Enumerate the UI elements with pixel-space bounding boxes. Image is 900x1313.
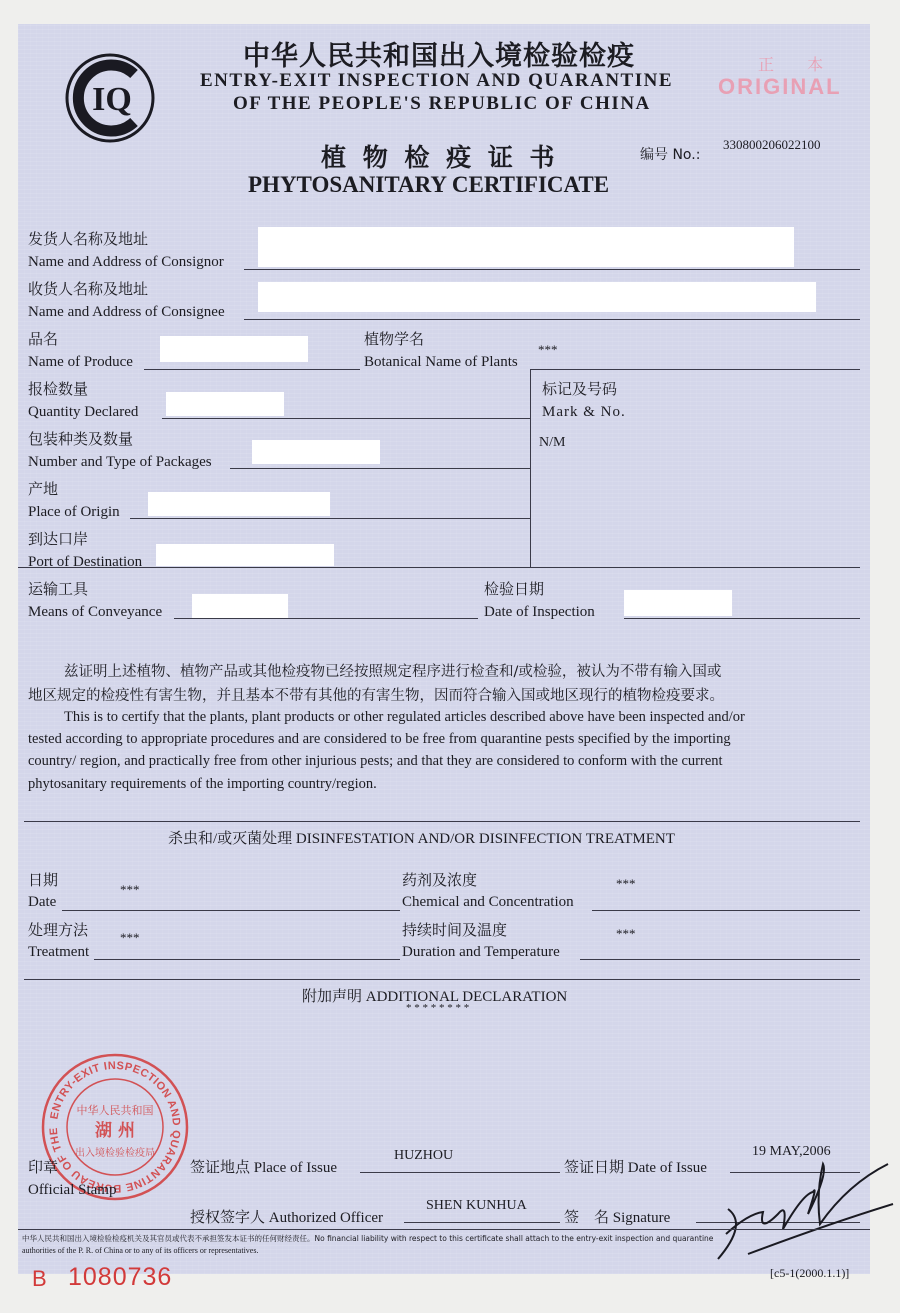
mark-label-zh: 标记及号码 — [542, 378, 617, 399]
serial-prefix: B — [32, 1266, 47, 1292]
ciq-logo-icon: IQ — [64, 52, 156, 144]
additional-top-line — [24, 979, 860, 980]
quantity-line — [162, 418, 530, 419]
mark-box-divider — [530, 369, 531, 567]
produce-label-en: Name of Produce — [28, 354, 133, 371]
treatment-heading: 杀虫和/或灭菌处理 DISINFESTATION AND/OR DISINFEC… — [168, 827, 675, 848]
authority-zh: 中华人民共和国出入境检验检疫 — [243, 34, 635, 73]
treatment-date-line — [62, 910, 400, 911]
botanical-label-zh: 植物学名 — [364, 328, 424, 349]
signature-scribble-icon — [708, 1154, 898, 1264]
handwritten-signature — [708, 1154, 898, 1264]
consignor-line — [244, 269, 860, 270]
destination-value-redacted — [156, 544, 334, 566]
authority-en-line1: ENTRY-EXIT INSPECTION AND QUARANTINE — [200, 70, 673, 92]
mark-box-top-line — [530, 369, 860, 370]
botanical-label-en: Botanical Name of Plants — [364, 354, 518, 371]
quantity-value-redacted — [166, 392, 284, 416]
svg-text:IQ: IQ — [92, 81, 132, 118]
ciq-logo: IQ — [64, 52, 156, 144]
mark-value: N/M — [539, 435, 565, 451]
treatment-date-label-en: Date — [28, 894, 56, 911]
certification-zh-line2: 地区规定的检疫性有害生物，并且基本不带有其他的有害生物，因而符合输入国或地区现行… — [28, 684, 724, 705]
quantity-label-en: Quantity Declared — [28, 404, 138, 421]
inspection-date-line — [624, 618, 860, 619]
origin-line — [130, 518, 530, 519]
footer-line — [18, 1229, 870, 1230]
origin-value-redacted — [148, 492, 330, 516]
title-en: PHYTOSANITARY CERTIFICATE — [248, 172, 609, 198]
authorized-officer-line — [404, 1222, 560, 1223]
origin-label-en: Place of Origin — [28, 504, 120, 521]
treatment-date-value: *** — [120, 882, 140, 898]
consignee-label-en: Name and Address of Consignee — [28, 304, 225, 321]
treatment-method-label-en: Treatment — [28, 944, 89, 961]
packages-value-redacted — [252, 440, 380, 464]
destination-label-zh: 到达口岸 — [28, 528, 88, 549]
duration-label-en: Duration and Temperature — [402, 944, 560, 961]
certification-en-line2: tested according to appropriate procedur… — [28, 731, 731, 748]
packages-label-zh: 包装种类及数量 — [28, 428, 133, 449]
original-stamp-zh: 正 本 — [758, 52, 837, 75]
seal-icon: ENTRY-EXIT INSPECTION AND QUARANTINE BUR… — [40, 1052, 190, 1202]
svg-text:湖 州: 湖 州 — [95, 1120, 135, 1141]
disclaimer-line1: 中华人民共和国出入境检验检疫机关及其官员或代表不承担签发本证书的任何财经责任。N… — [22, 1233, 713, 1244]
conveyance-label-zh: 运输工具 — [28, 578, 88, 599]
consignor-value-redacted — [258, 227, 794, 267]
produce-line — [144, 369, 360, 370]
botanical-value: *** — [538, 342, 558, 358]
original-stamp-en: ORIGINAL — [718, 74, 842, 100]
duration-value: *** — [616, 926, 636, 942]
destination-label-en: Port of Destination — [28, 554, 142, 571]
certification-en-line1: This is to certify that the plants, plan… — [64, 709, 745, 726]
conveyance-value-redacted — [192, 594, 288, 618]
treatment-top-line — [24, 821, 860, 822]
mark-label-en: Mark & No. — [542, 404, 626, 421]
chemical-line — [592, 910, 860, 911]
additional-value: * * * * * * * * — [406, 1002, 469, 1014]
chemical-value: *** — [616, 876, 636, 892]
date-of-issue-label: 签证日期 Date of Issue — [564, 1156, 707, 1177]
svg-text:中华人民共和国: 中华人民共和国 — [77, 1103, 154, 1117]
certificate-number: 330800206022100 — [723, 137, 821, 153]
authorized-officer-label: 授权签字人 Authorized Officer — [190, 1206, 383, 1227]
duration-line — [580, 959, 860, 960]
certification-en-line3: country/ region, and practically free fr… — [28, 753, 723, 770]
consignor-label-en: Name and Address of Consignor — [28, 254, 224, 271]
conveyance-label-en: Means of Conveyance — [28, 604, 162, 621]
quantity-label-zh: 报检数量 — [28, 378, 88, 399]
certificate-sheet: IQ 中华人民共和国出入境检验检疫 ENTRY-EXIT INSPECTION … — [18, 24, 870, 1274]
place-of-issue-label: 签证地点 Place of Issue — [190, 1156, 337, 1177]
destination-line — [18, 567, 860, 568]
origin-label-zh: 产地 — [28, 478, 58, 499]
stamp-label-en: Official Stamp — [28, 1182, 116, 1199]
duration-label-zh: 持续时间及温度 — [402, 919, 507, 940]
inspection-date-label-en: Date of Inspection — [484, 604, 595, 621]
certificate-number-label: 编号 No.: — [640, 144, 700, 164]
chemical-label-en: Chemical and Concentration — [402, 894, 574, 911]
certification-zh-line1: 兹证明上述植物、植物产品或其他检疫物已经按照规定程序进行检查和/或检验，被认为不… — [64, 660, 721, 681]
produce-value-redacted — [160, 336, 308, 362]
packages-label-en: Number and Type of Packages — [28, 454, 212, 471]
consignee-line — [244, 319, 860, 320]
chemical-label-zh: 药剂及浓度 — [402, 869, 477, 890]
treatment-method-line — [94, 959, 400, 960]
authorized-officer-value: SHEN KUNHUA — [426, 1198, 527, 1214]
place-of-issue-line — [360, 1172, 560, 1173]
place-of-issue-value: HUZHOU — [394, 1148, 453, 1164]
official-stamp-seal: ENTRY-EXIT INSPECTION AND QUARANTINE BUR… — [40, 1052, 190, 1202]
consignor-label-zh: 发货人名称及地址 — [28, 228, 148, 249]
treatment-method-label-zh: 处理方法 — [28, 919, 88, 940]
serial-number: 1080736 — [68, 1263, 172, 1292]
packages-line — [230, 468, 530, 469]
consignee-label-zh: 收货人名称及地址 — [28, 278, 148, 299]
authority-en-line2: OF THE PEOPLE'S REPUBLIC OF CHINA — [233, 93, 651, 115]
inspection-date-label-zh: 检验日期 — [484, 578, 544, 599]
produce-label-zh: 品名 — [28, 328, 58, 349]
conveyance-line — [174, 618, 478, 619]
svg-text:出入境检验检疫局: 出入境检验检疫局 — [75, 1146, 155, 1159]
title-zh: 植 物 检 疫 证 书 — [321, 138, 559, 174]
signature-label: 签 名 Signature — [564, 1206, 670, 1227]
inspection-date-value-redacted — [624, 590, 732, 616]
stamp-label-zh: 印章 — [28, 1156, 58, 1177]
treatment-date-label-zh: 日期 — [28, 869, 58, 890]
consignee-value-redacted — [258, 282, 816, 312]
certification-en-line4: phytosanitary requirements of the import… — [28, 776, 377, 793]
form-code: [c5-1(2000.1.1)] — [770, 1266, 849, 1281]
treatment-method-value: *** — [120, 930, 140, 946]
disclaimer-line2: authorities of the P. R. of China or to … — [22, 1246, 258, 1255]
